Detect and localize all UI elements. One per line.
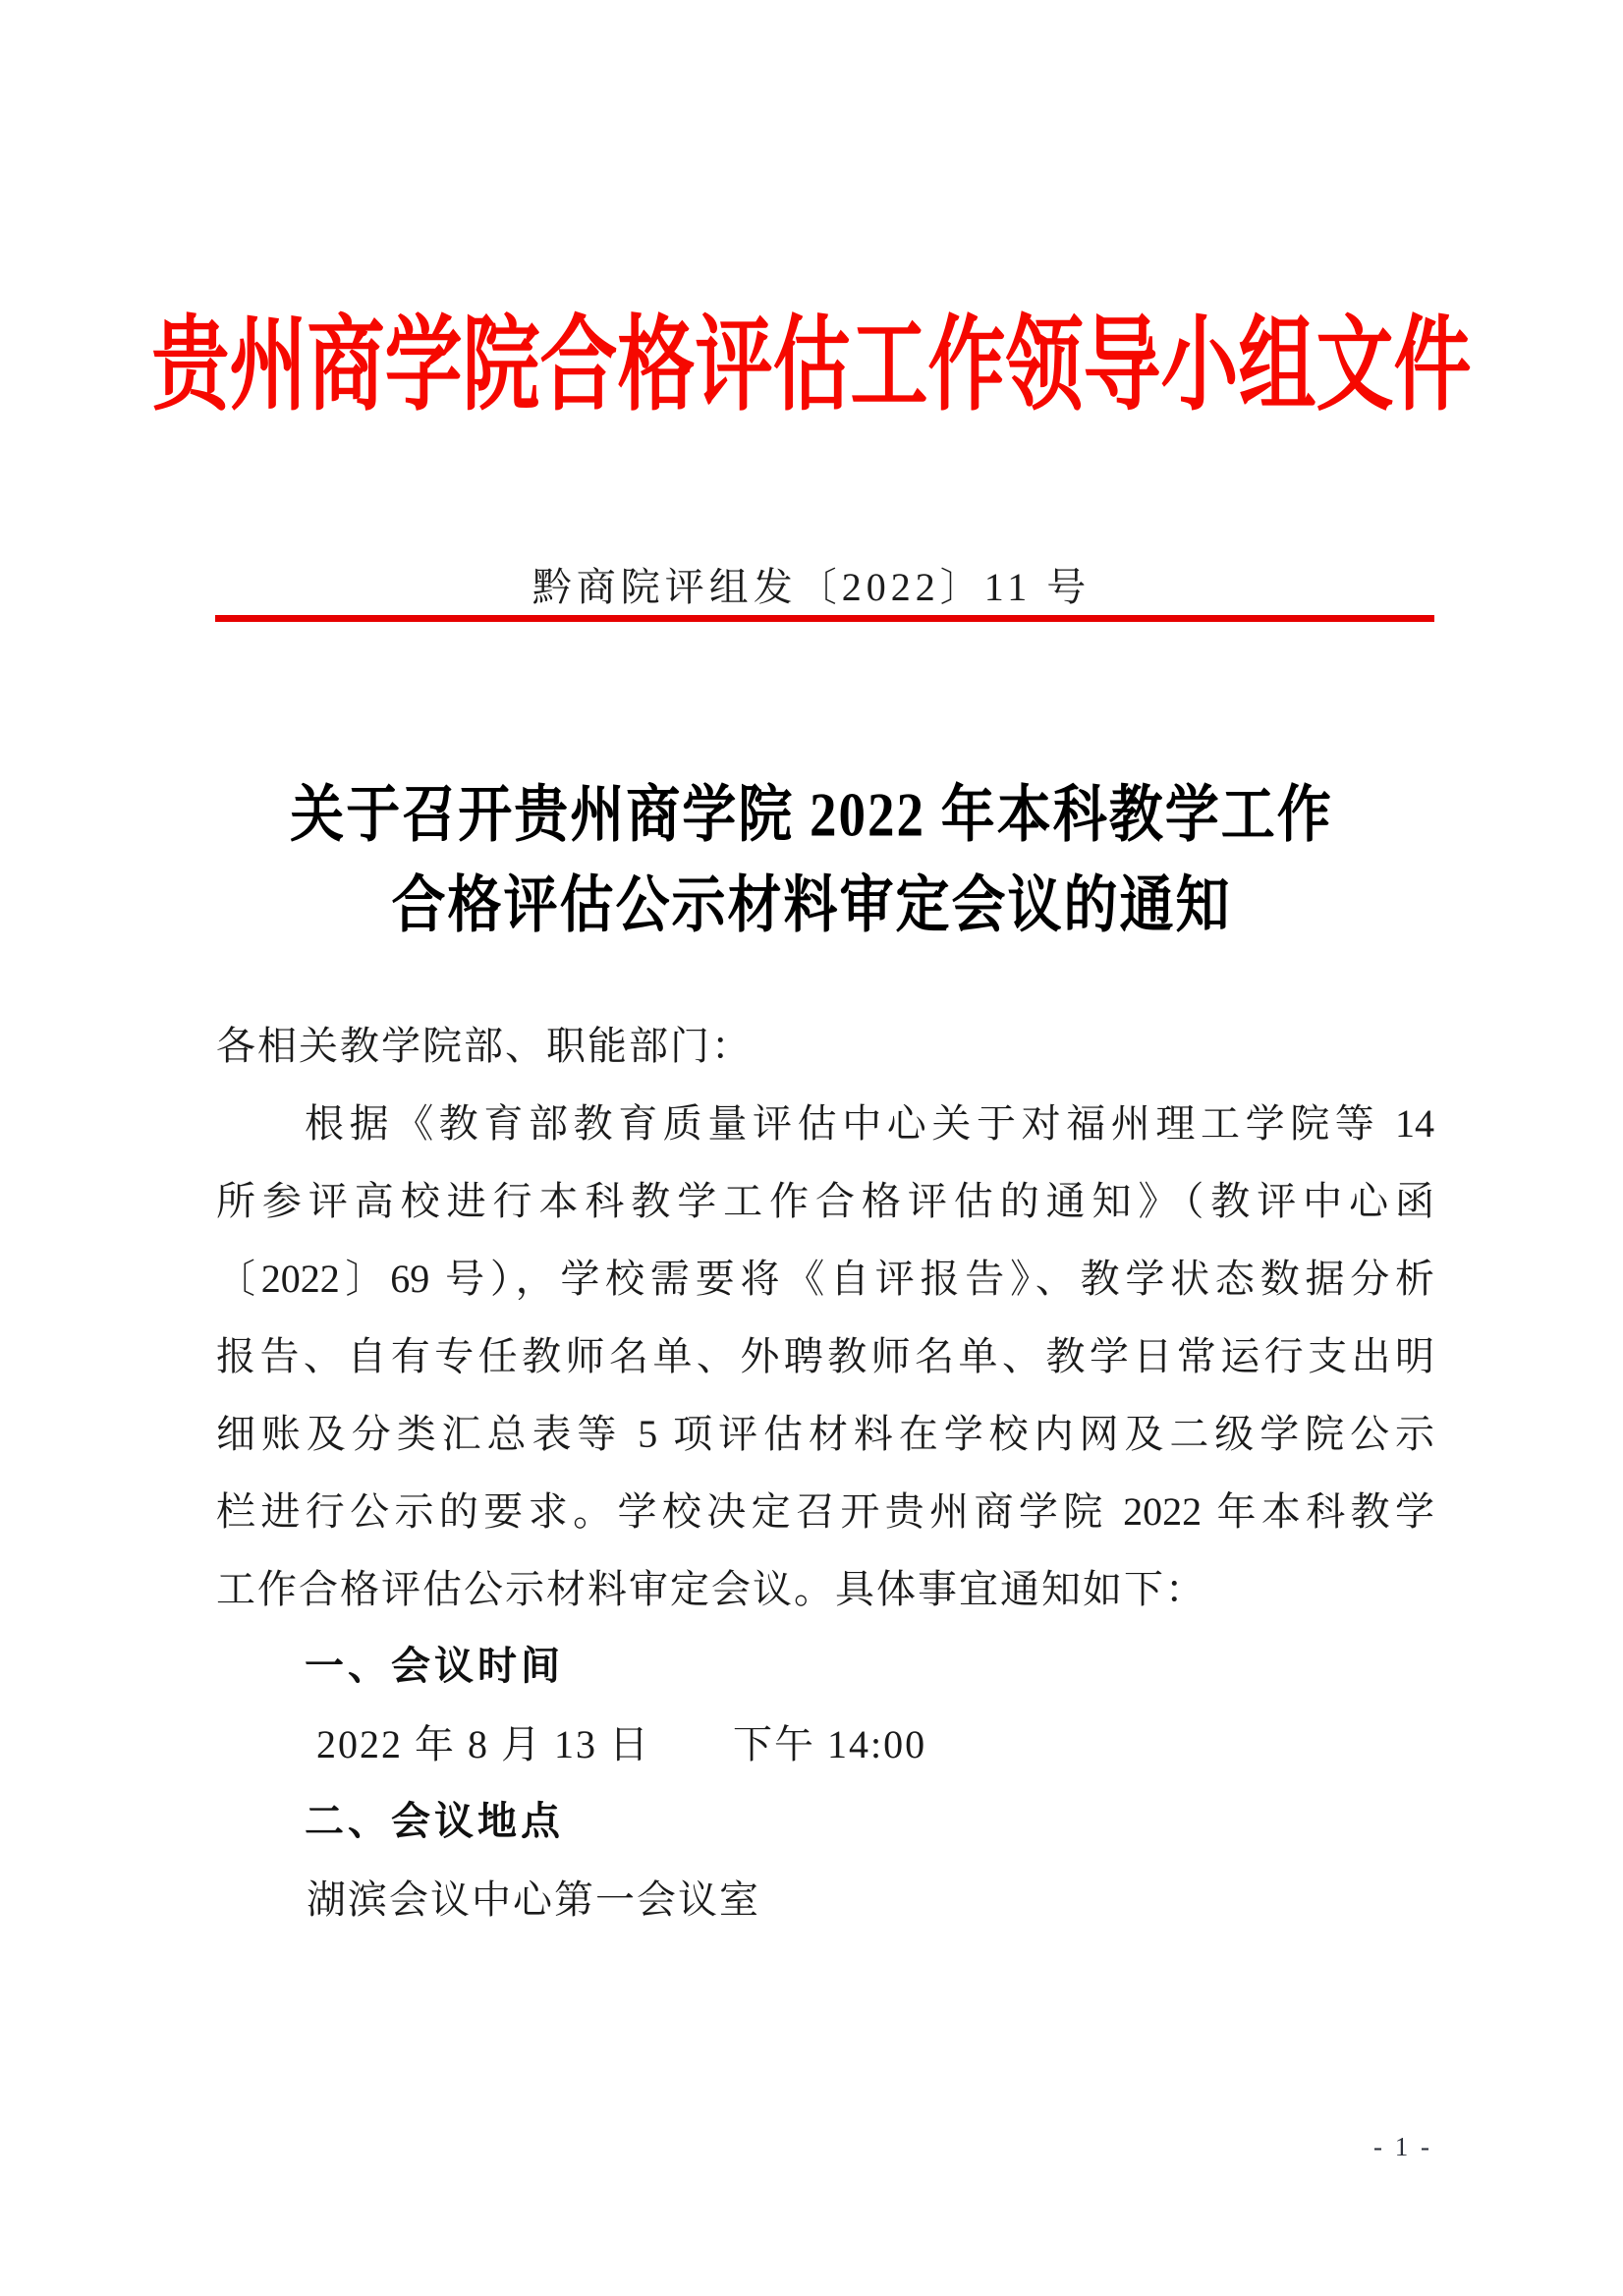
paragraph-line-2: 所参评高校进行本科教学工作合格评估的通知》（教评中心函 bbox=[216, 1162, 1434, 1240]
paragraph-line-3: 〔2022〕69 号），学校需要将《自评报告》、教学状态数据分析 bbox=[216, 1240, 1434, 1317]
notice-title: 关于召开贵州商学院 2022 年本科教学工作 合格评估公示材料审定会议的通知 bbox=[202, 770, 1421, 951]
notice-title-line-2: 合格评估公示材料审定会议的通知 bbox=[202, 861, 1421, 951]
meeting-time-value: 2022 年 8 月 13 日 下午 14:00 bbox=[216, 1706, 1434, 1783]
document-page: 贵州商学院合格评估工作领导小组文件 黔商院评组发〔2022〕11 号 关于召开贵… bbox=[0, 0, 1623, 2296]
notice-title-line-1: 关于召开贵州商学院 2022 年本科教学工作 bbox=[202, 770, 1421, 861]
section-heading-meeting-location: 二、会议地点 bbox=[216, 1783, 1434, 1861]
document-number: 黔商院评组发〔2022〕11 号 bbox=[0, 556, 1623, 612]
meeting-location-value: 湖滨会议中心第一会议室 bbox=[216, 1861, 1434, 1938]
section-heading-meeting-time: 一、会议时间 bbox=[216, 1628, 1434, 1706]
paragraph-line-7: 工作合格评估公示材料审定会议。具体事宜通知如下： bbox=[216, 1550, 1434, 1628]
page-number: - 1 - bbox=[1373, 2132, 1432, 2162]
red-separator-line bbox=[215, 615, 1434, 622]
paragraph-line-1: 根据《教育部教育质量评估中心关于对福州理工学院等 14 bbox=[216, 1085, 1434, 1162]
salutation-line: 各相关教学院部、职能部门： bbox=[216, 1007, 1434, 1085]
paragraph-line-5: 细账及分类汇总表等 5 项评估材料在学校内网及二级学院公示 bbox=[216, 1395, 1434, 1473]
document-body: 各相关教学院部、职能部门： 根据《教育部教育质量评估中心关于对福州理工学院等 1… bbox=[216, 1007, 1434, 1938]
paragraph-line-4: 报告、自有专任教师名单、外聘教师名单、教学日常运行支出明 bbox=[216, 1317, 1434, 1395]
document-masthead-title: 贵州商学院合格评估工作领导小组文件 bbox=[0, 315, 1623, 419]
paragraph-line-6: 栏进行公示的要求。学校决定召开贵州商学院 2022 年本科教学 bbox=[216, 1473, 1434, 1550]
